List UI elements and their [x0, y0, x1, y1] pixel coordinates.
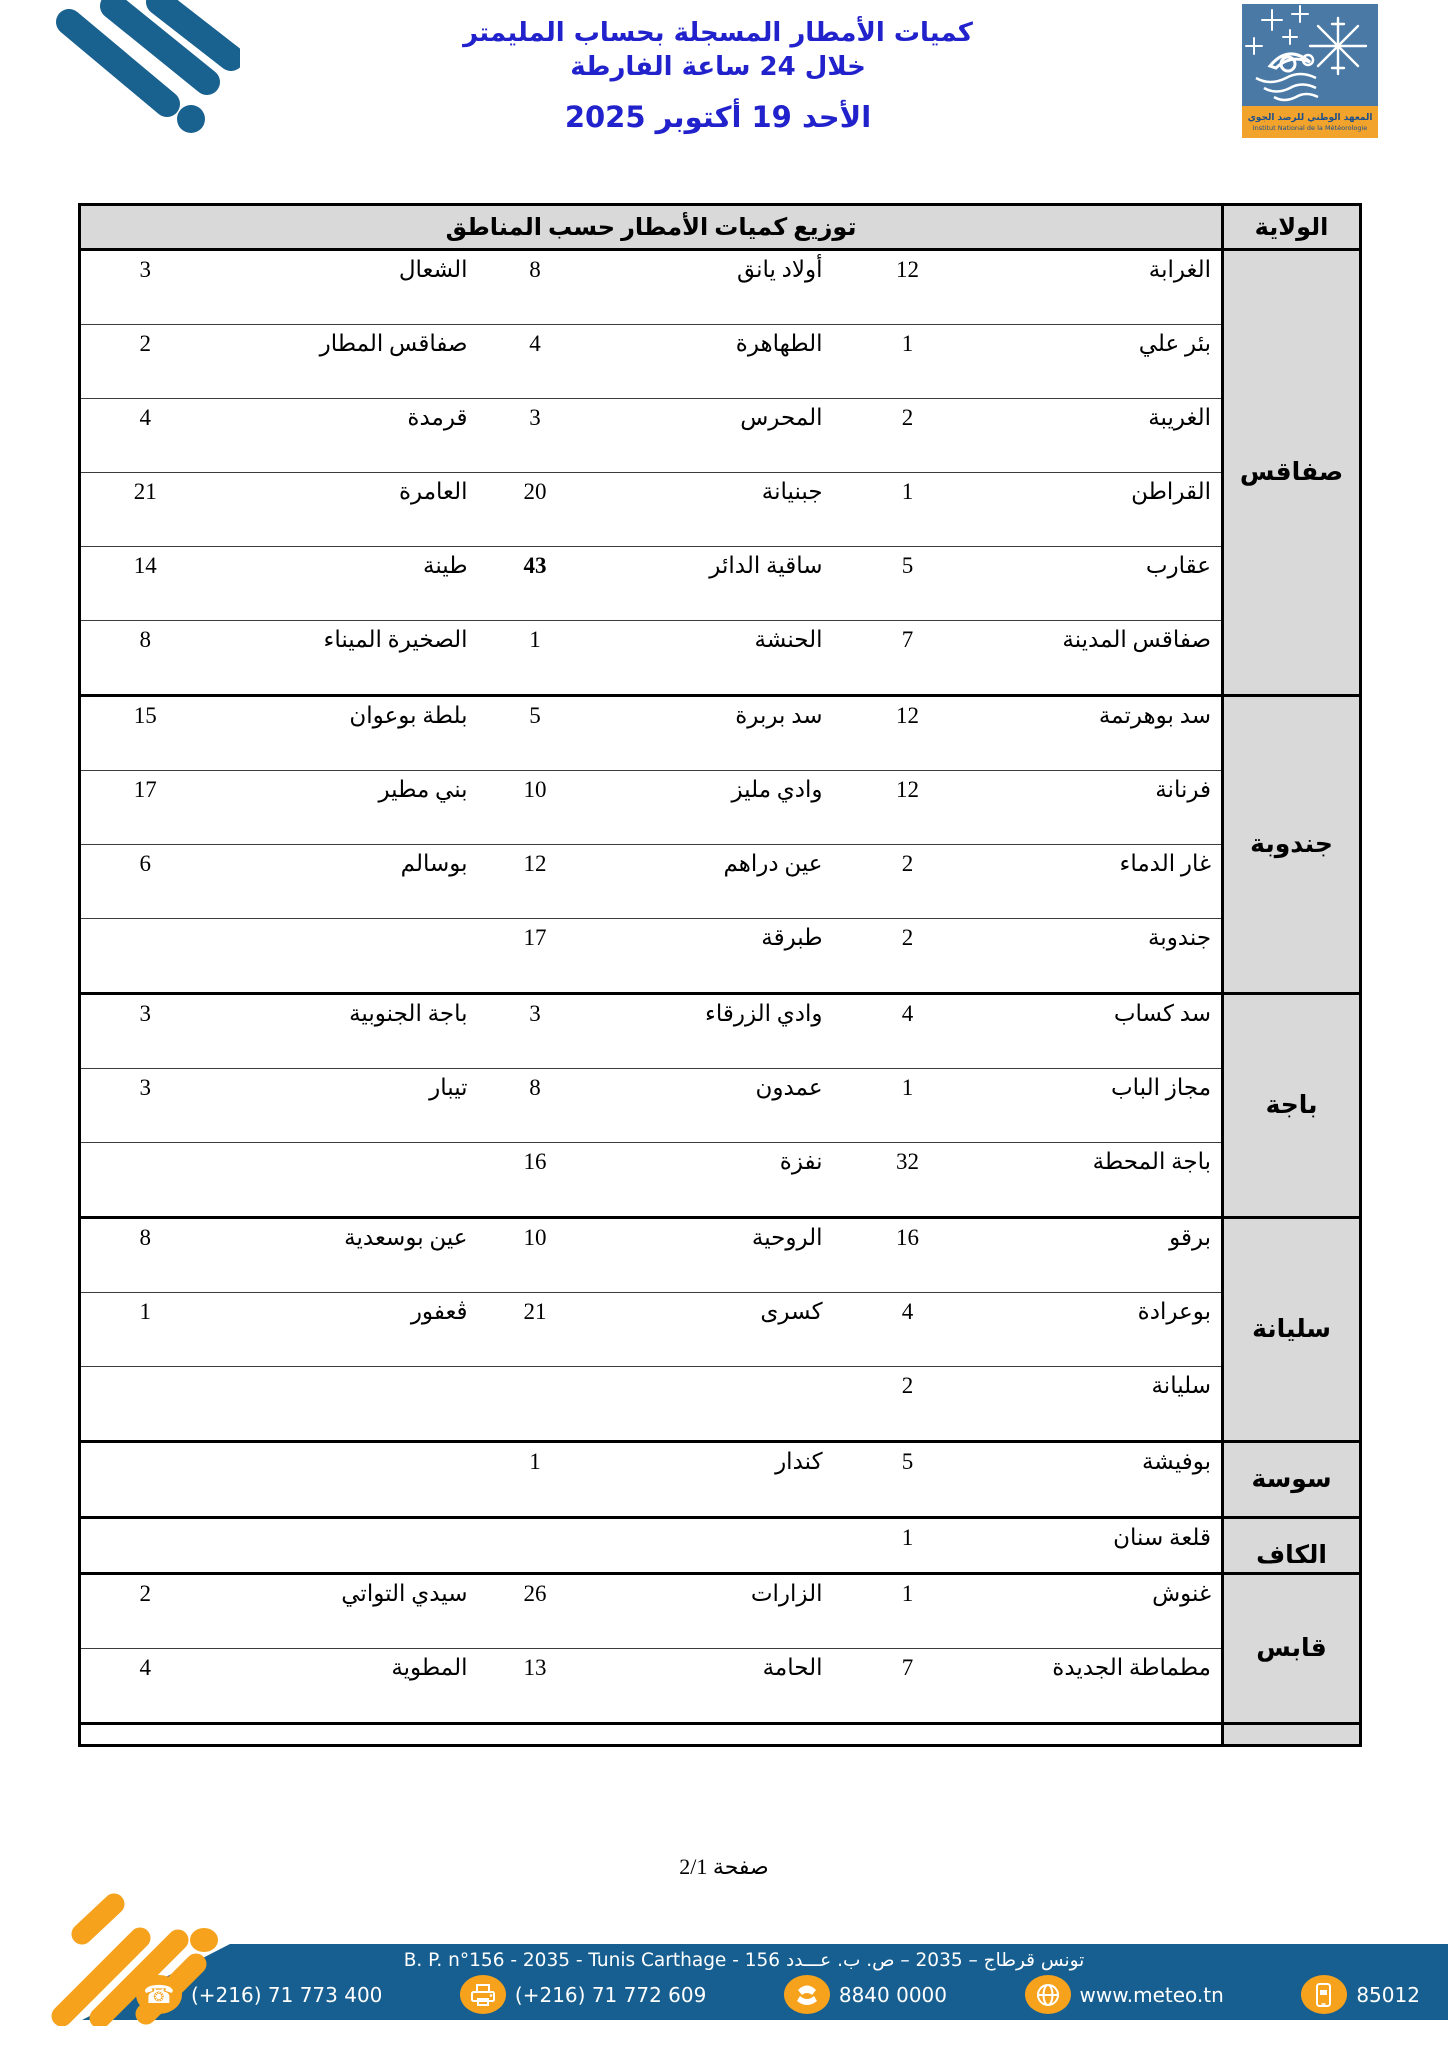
rain-value-cell: 1 — [833, 1574, 983, 1649]
rainfall-table-gabes: قابسغنوش1الزارات26سيدي التواتي2مطماطة ال… — [78, 1572, 1362, 1725]
region-name-cell: عين بوسعدية — [210, 1218, 478, 1293]
region-name-cell: الطهاهرة — [593, 325, 833, 399]
region-name-cell: الشعال — [210, 250, 478, 325]
table-row: عقارب5ساقية الدائر43طينة14 — [80, 547, 1361, 621]
wilaya-cell: سليانة — [1223, 1218, 1361, 1442]
footer-address: B. P. n°156 - 2035 - Tunis Carthage - تو… — [174, 1950, 1314, 1971]
rain-value-cell: 3 — [80, 250, 210, 325]
table-row: القراطن1جبنيانة20العامرة21 — [80, 473, 1361, 547]
footer-contact-fax: (+216) 71 772 609 — [460, 1975, 706, 2014]
region-name-cell — [210, 1442, 478, 1518]
region-name-cell: عين دراهم — [593, 845, 833, 919]
region-name-cell: صفاقس المدينة — [983, 621, 1223, 696]
region-name-cell: فرنانة — [983, 771, 1223, 845]
region-name-cell: الروحية — [593, 1218, 833, 1293]
report-date: الأحد 19 أكتوبر 2025 — [408, 100, 1028, 134]
rain-value-cell: 1 — [833, 473, 983, 547]
table-row: فرنانة12وادي مليز10بني مطير17 — [80, 771, 1361, 845]
table-row: غار الدماء2عين دراهم12بوسالم6 — [80, 845, 1361, 919]
inm-logo-emblem-icon — [1242, 4, 1378, 106]
region-name-cell: بني مطير — [210, 771, 478, 845]
region-name-cell: باجة المحطة — [983, 1143, 1223, 1218]
page-number: صفحة 2/1 — [0, 1854, 1448, 1880]
region-name-cell: تيبار — [210, 1069, 478, 1143]
region-name-cell: سد كساب — [983, 994, 1223, 1069]
rain-value-cell: 26 — [478, 1574, 593, 1649]
wilaya-cell: جندوبة — [1223, 696, 1361, 994]
rain-value-cell — [478, 1367, 593, 1442]
rain-value-cell: 3 — [80, 1069, 210, 1143]
table-row: باجة المحطة32نفزة16 — [80, 1143, 1361, 1218]
region-name-cell: عقارب — [983, 547, 1223, 621]
inm-logo-arabic-name: المعهد الوطني للرصد الجوي — [1248, 113, 1373, 124]
region-name-cell: بوعرادة — [983, 1293, 1223, 1367]
rain-value-cell: 1 — [478, 621, 593, 696]
region-name-cell — [210, 1143, 478, 1218]
contact-value: www.meteo.tn — [1080, 1983, 1224, 2007]
rain-value-cell: 3 — [478, 994, 593, 1069]
rain-value-cell: 17 — [80, 771, 210, 845]
rain-value-cell: 12 — [833, 250, 983, 325]
rain-value-cell: 15 — [80, 696, 210, 771]
region-name-cell: الزارات — [593, 1574, 833, 1649]
region-name-cell: وادي الزرقاء — [593, 994, 833, 1069]
region-name-cell: ڨعفور — [210, 1293, 478, 1367]
region-name-cell: قرمدة — [210, 399, 478, 473]
contact-value: 85012 — [1356, 1983, 1420, 2007]
region-name-cell: الحامة — [593, 1649, 833, 1724]
region-name-cell: المطوية — [210, 1649, 478, 1724]
footer-address-latin: B. P. n°156 - 2035 - Tunis Carthage - — [404, 1950, 739, 1971]
region-name-cell: سد بوهرتمة — [983, 696, 1223, 771]
rain-value-cell: 3 — [478, 399, 593, 473]
contact-value: (+216) 71 772 609 — [515, 1983, 706, 2007]
rain-value-cell: 5 — [833, 1442, 983, 1518]
rain-value-cell: 1 — [833, 1069, 983, 1143]
region-name-cell: مجاز الباب — [983, 1069, 1223, 1143]
region-name-cell: نفزة — [593, 1143, 833, 1218]
footer-address-arabic: تونس قرطاج – 2035 – ص. ب. عـــدد 156 — [745, 1950, 1085, 1971]
fax-icon — [460, 1975, 506, 2014]
table-row: صفاقس المدينة7الحنشة1الصخيرة الميناء8 — [80, 621, 1361, 696]
rain-value-cell: 1 — [833, 325, 983, 399]
table-row: بئر علي1الطهاهرة4صفاقس المطار2 — [80, 325, 1361, 399]
rain-value-cell: 2 — [80, 325, 210, 399]
region-name-cell: بئر علي — [983, 325, 1223, 399]
table-row: الغريبة2المحرس3قرمدة4 — [80, 399, 1361, 473]
rain-value-cell: 2 — [833, 919, 983, 994]
region-name-cell: بوفيشة — [983, 1442, 1223, 1518]
rainfall-table-main: الولاية توزيع كميات الأمطار حسب المناطق … — [78, 203, 1362, 1747]
document-title-line2: خلال 24 ساعة الفارطة — [408, 50, 1028, 84]
region-name-cell: الصخيرة الميناء — [210, 621, 478, 696]
wilaya-cell: قابس — [1223, 1574, 1361, 1724]
table-row: سوسةبوفيشة5كندار1 — [80, 1442, 1361, 1518]
region-name-cell: كندار — [593, 1442, 833, 1518]
table-row: مطماطة الجديدة7الحامة13المطوية4 — [80, 1649, 1361, 1724]
rain-value-cell: 7 — [833, 1649, 983, 1724]
region-name-cell: ساقية الدائر — [593, 547, 833, 621]
rain-value-cell: 2 — [80, 1574, 210, 1649]
rain-value-cell: 20 — [478, 473, 593, 547]
region-name-cell: الغريبة — [983, 399, 1223, 473]
region-name-cell: سد بربرة — [593, 696, 833, 771]
document-title-line1: كميات الأمطار المسجلة بحساب المليمتر — [408, 16, 1028, 50]
rain-value-cell: 13 — [478, 1649, 593, 1724]
rain-value-cell: 32 — [833, 1143, 983, 1218]
region-name-cell: طبرقة — [593, 919, 833, 994]
rain-value-cell — [80, 919, 210, 994]
region-name-cell: جبنيانة — [593, 473, 833, 547]
region-name-cell: القراطن — [983, 473, 1223, 547]
region-name-cell: غار الدماء — [983, 845, 1223, 919]
handset-icon — [784, 1975, 830, 2014]
rain-value-cell: 2 — [833, 399, 983, 473]
phone-icon: ☎ — [136, 1975, 182, 2014]
region-name-cell: العامرة — [210, 473, 478, 547]
region-name-cell: بوسالم — [210, 845, 478, 919]
rain-value-cell — [80, 1367, 210, 1442]
rain-value-cell: 5 — [833, 547, 983, 621]
rain-value-cell: 4 — [80, 399, 210, 473]
rain-value-cell: 3 — [80, 994, 210, 1069]
region-name-cell — [210, 919, 478, 994]
region-name-cell: وادي مليز — [593, 771, 833, 845]
table-row: مجاز الباب1عمدون8تيبار3 — [80, 1069, 1361, 1143]
rain-value-cell: 21 — [478, 1293, 593, 1367]
rain-value-cell: 8 — [478, 250, 593, 325]
rainfall-bulletin-page: كميات الأمطار المسجلة بحساب المليمتر خلا… — [0, 0, 1448, 2048]
rain-value-cell: 6 — [80, 845, 210, 919]
table-row: قابسغنوش1الزارات26سيدي التواتي2 — [80, 1574, 1361, 1649]
inm-brand-mark-icon — [55, 0, 240, 135]
rain-value-cell: 2 — [833, 845, 983, 919]
region-name-cell: سيدي التواتي — [210, 1574, 478, 1649]
table-row: جندوبةسد بوهرتمة12سد بربرة5بلطة بوعوان15 — [80, 696, 1361, 771]
rain-value-cell: 21 — [80, 473, 210, 547]
globe-icon — [1025, 1975, 1071, 2014]
rain-value-cell: 8 — [80, 621, 210, 696]
inm-logo-french-name: Institut National de la Météorologie — [1253, 124, 1368, 132]
region-name-cell: عمدون — [593, 1069, 833, 1143]
contact-value: (+216) 71 773 400 — [191, 1983, 382, 2007]
rain-value-cell: 4 — [478, 325, 593, 399]
rain-value-cell: 16 — [833, 1218, 983, 1293]
document-title-block: كميات الأمطار المسجلة بحساب المليمتر خلا… — [408, 16, 1028, 134]
rain-value-cell: 10 — [478, 771, 593, 845]
wilaya-column-header: الولاية — [1223, 205, 1361, 250]
footer-contacts: ☎ (+216) 71 773 400 (+216) 71 772 609 — [136, 1975, 1420, 2014]
rain-value-cell: 14 — [80, 547, 210, 621]
table-row: جندوبة2طبرقة17 — [80, 919, 1361, 994]
rain-value-cell: 8 — [478, 1069, 593, 1143]
rain-value-cell — [80, 1143, 210, 1218]
rain-value-cell: 4 — [80, 1649, 210, 1724]
rain-value-cell — [80, 1442, 210, 1518]
rain-value-cell: 7 — [833, 621, 983, 696]
region-name-cell: مطماطة الجديدة — [983, 1649, 1223, 1724]
rain-value-cell: 5 — [478, 696, 593, 771]
rain-value-cell: 4 — [833, 994, 983, 1069]
region-name-cell: طينة — [210, 547, 478, 621]
mobile-icon — [1301, 1975, 1347, 2014]
footer-contact-sms: 85012 — [1301, 1975, 1420, 2014]
region-name-cell: صفاقس المطار — [210, 325, 478, 399]
wilaya-cell: سوسة — [1223, 1442, 1361, 1518]
region-name-cell: أولاد يانق — [593, 250, 833, 325]
rain-value-cell: 10 — [478, 1218, 593, 1293]
wilaya-cell: صفاقس — [1223, 250, 1361, 696]
rain-value-cell: 4 — [833, 1293, 983, 1367]
rain-value-cell: 12 — [833, 696, 983, 771]
inm-logo: المعهد الوطني للرصد الجوي Institut Natio… — [1242, 4, 1378, 138]
footer-contact-phone: ☎ (+216) 71 773 400 — [136, 1975, 382, 2014]
rain-value-cell: 12 — [833, 771, 983, 845]
table-row: باجةسد كساب4وادي الزرقاء3باجة الجنوبية3 — [80, 994, 1361, 1069]
rain-value-cell: 1 — [80, 1293, 210, 1367]
footer-contact-callcenter: 8840 0000 — [784, 1975, 947, 2014]
region-name-cell: الحنشة — [593, 621, 833, 696]
region-name-cell: بلطة بوعوان — [210, 696, 478, 771]
region-name-cell: برقو — [983, 1218, 1223, 1293]
table-row: سليانةبرقو16الروحية10عين بوسعدية8 — [80, 1218, 1361, 1293]
rain-value-cell: 16 — [478, 1143, 593, 1218]
region-name-cell: غنوش — [983, 1574, 1223, 1649]
region-name-cell — [593, 1367, 833, 1442]
rain-value-cell: 8 — [80, 1218, 210, 1293]
region-name-cell: جندوبة — [983, 919, 1223, 994]
contact-value: 8840 0000 — [839, 1983, 947, 2007]
distribution-header: توزيع كميات الأمطار حسب المناطق — [80, 205, 1223, 250]
table-row: سليانة2 — [80, 1367, 1361, 1442]
region-name-cell: باجة الجنوبية — [210, 994, 478, 1069]
rain-value-cell: 43 — [478, 547, 593, 621]
rain-value-cell: 12 — [478, 845, 593, 919]
footer-contact-website: www.meteo.tn — [1025, 1975, 1224, 2014]
region-name-cell: المحرس — [593, 399, 833, 473]
table-header-row: الولاية توزيع كميات الأمطار حسب المناطق — [80, 205, 1361, 250]
rain-value-cell: 17 — [478, 919, 593, 994]
rain-value-cell: 2 — [833, 1367, 983, 1442]
region-name-cell — [210, 1367, 478, 1442]
wilaya-cell: باجة — [1223, 994, 1361, 1218]
table-row: بوعرادة4كسرى21ڨعفور1 — [80, 1293, 1361, 1367]
region-name-cell: كسرى — [593, 1293, 833, 1367]
inm-logo-caption: المعهد الوطني للرصد الجوي Institut Natio… — [1242, 106, 1378, 138]
table-row: صفاقسالغرابة12أولاد يانق8الشعال3 — [80, 250, 1361, 325]
region-name-cell: سليانة — [983, 1367, 1223, 1442]
rain-value-cell: 1 — [478, 1442, 593, 1518]
region-name-cell: الغرابة — [983, 250, 1223, 325]
